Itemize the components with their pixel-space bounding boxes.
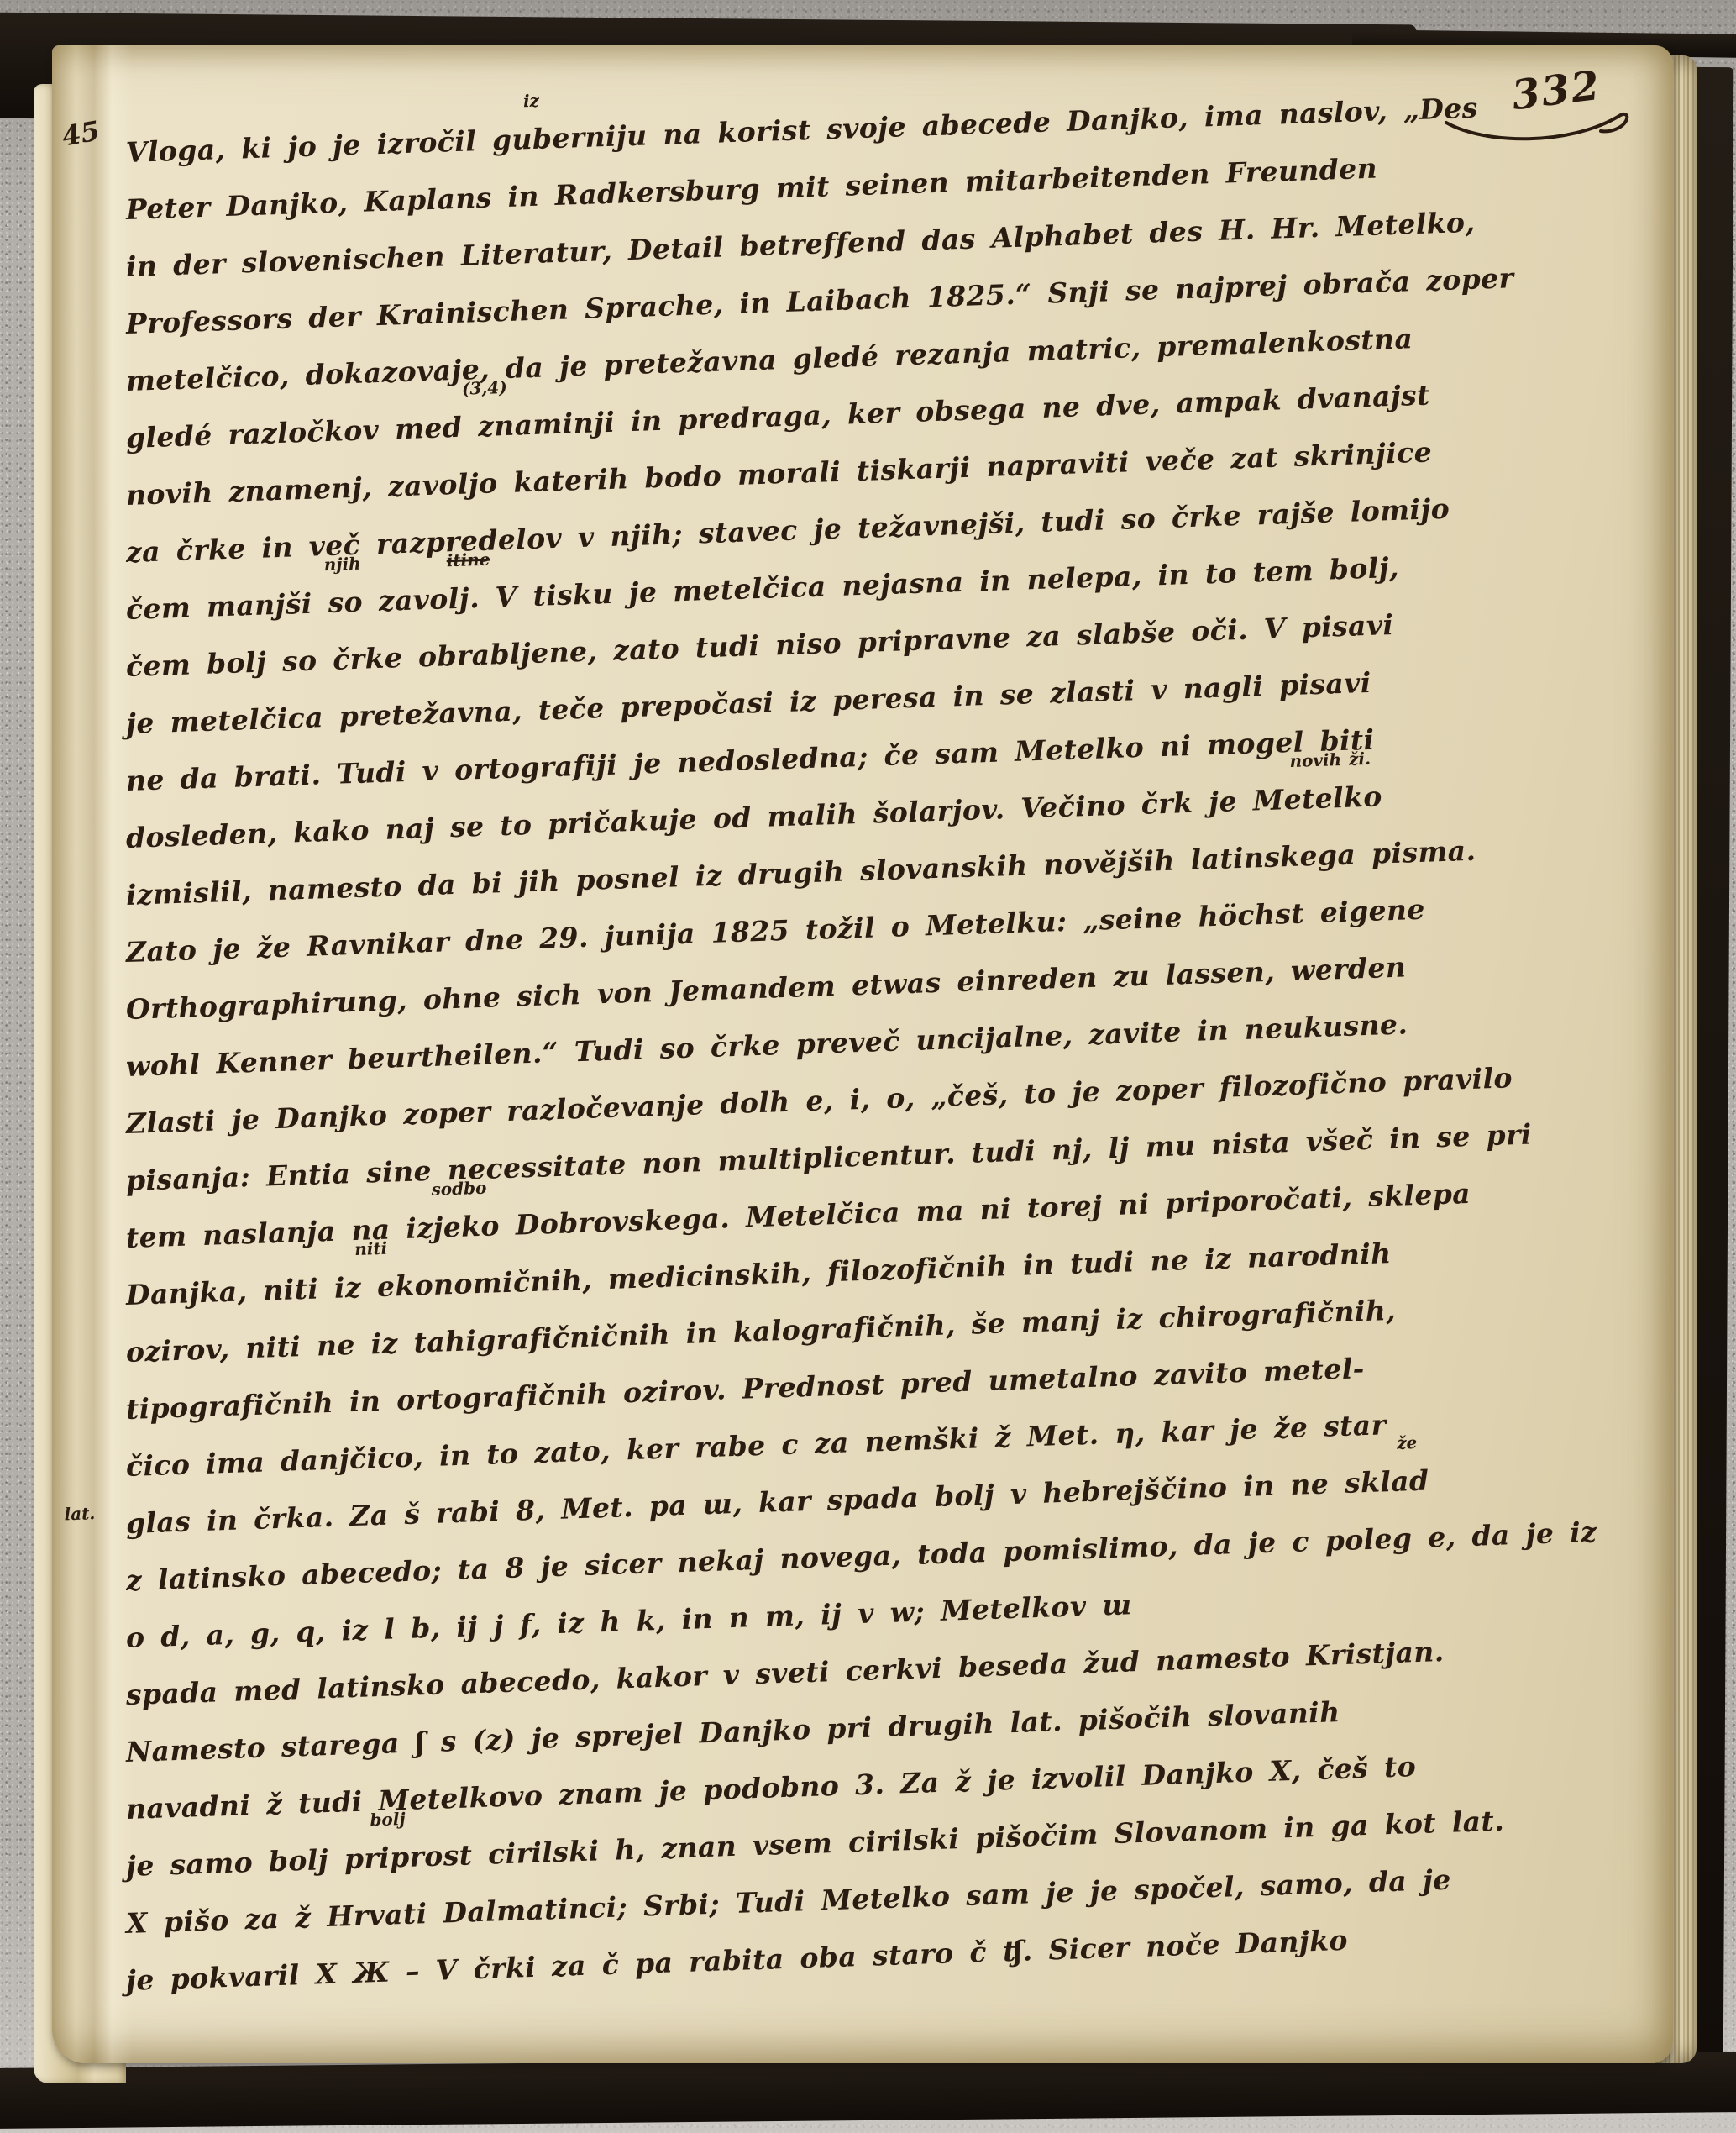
- page-inner-fold-shading: [52, 45, 133, 2063]
- interlinear-note: niti: [354, 1240, 388, 1258]
- interlinear-note: novih ži.: [1289, 750, 1371, 770]
- interlinear-note: iz: [523, 92, 540, 110]
- interlinear-note: (3,4): [462, 379, 507, 397]
- interlinear-note: lat.: [64, 1505, 95, 1522]
- margin-number: 45: [60, 114, 102, 152]
- interlinear-note: že: [1397, 1434, 1418, 1452]
- manuscript-photograph: 332 45 Vloga, ki jo je izročil guberniju…: [0, 0, 1736, 2133]
- interlinear-note: itine: [446, 551, 490, 570]
- interlinear-note: bolj: [370, 1810, 406, 1828]
- interlinear-note: njih: [323, 555, 361, 573]
- handwritten-text-block: Vloga, ki jo je izročil guberniju na kor…: [126, 124, 1660, 2010]
- interlinear-note: sodbo: [431, 1179, 487, 1198]
- manuscript-page: 332 45 Vloga, ki jo je izročil guberniju…: [52, 45, 1673, 2063]
